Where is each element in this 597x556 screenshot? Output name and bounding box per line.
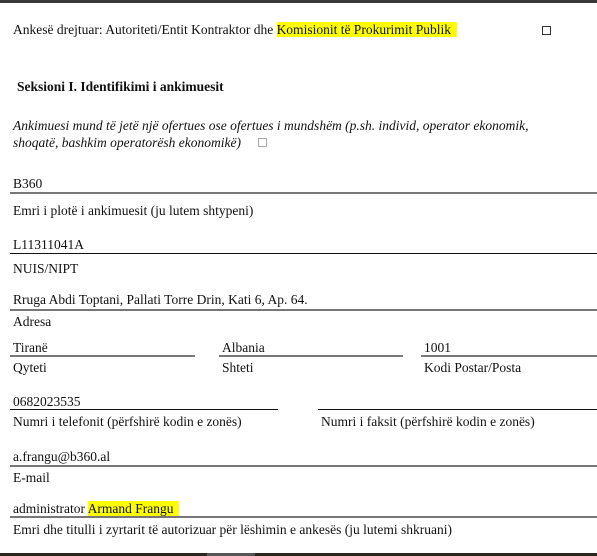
fax-label: Numri i faksit (përfshirë kodin e zonës) (321, 414, 535, 430)
postal-code-label: Kodi Postar/Posta (424, 360, 521, 376)
addressed-to-highlight: Komisionit të Prokurimit Publik (277, 22, 457, 37)
section-description-line2: shoqatë, bashkim operatorësh ekonomikë) (13, 135, 241, 151)
section-description-text: shoqatë, bashkim operatorësh ekonomikë) (13, 135, 241, 150)
country-value[interactable]: Albania (222, 340, 265, 356)
email-value[interactable]: a.frangu@b360.al (13, 449, 110, 465)
country-underline (219, 355, 403, 357)
phone-underline (10, 409, 278, 410)
official-title: administrator (13, 501, 88, 516)
phone-label: Numri i telefonit (përfshirë kodin e zon… (13, 414, 242, 430)
full-name-underline (10, 192, 597, 194)
postal-code-value[interactable]: 1001 (424, 340, 451, 356)
nuis-label: NUIS/NIPT (13, 261, 78, 277)
official-underline (10, 516, 597, 518)
email-label: E-mail (13, 470, 50, 486)
official-label: Emri dhe titulli i zyrtarit të autorizua… (13, 522, 452, 538)
empty-square-icon (258, 138, 267, 147)
address-label: Adresa (13, 314, 51, 330)
postal-code-underline (421, 355, 597, 357)
city-underline (10, 355, 195, 357)
full-name-value[interactable]: B360 (13, 176, 42, 192)
official-value[interactable]: administrator Armand Frangu (13, 501, 179, 517)
phone-value[interactable]: 0682023535 (13, 394, 81, 410)
viewer-top-bar (0, 0, 597, 3)
nuis-underline (10, 253, 597, 254)
city-value[interactable]: Tiranë (13, 340, 48, 356)
full-name-label: Emri i plotë i ankimuesit (ju lutem shty… (13, 203, 253, 219)
official-name-highlight: Armand Frangu (88, 501, 180, 516)
country-label: Shteti (222, 360, 254, 376)
fax-underline (318, 409, 597, 410)
email-underline (10, 465, 597, 467)
address-value[interactable]: Rruga Abdi Toptani, Pallati Torre Drin, … (13, 292, 308, 308)
nuis-value[interactable]: L11311041A (13, 237, 84, 253)
section-title: Seksioni I. Identifikimi i ankimuesit (17, 79, 224, 95)
city-label: Qyteti (13, 360, 47, 376)
addressed-to-line: Ankesë drejtuar: Autoriteti/Entit Kontra… (13, 22, 457, 38)
addressed-to-prefix: Ankesë drejtuar: Autoriteti/Entit Kontra… (13, 22, 277, 37)
address-underline (10, 309, 597, 311)
section-description-line1: Ankimuesi mund të jetë një ofertues ose … (13, 118, 529, 134)
checkbox-square-icon[interactable] (542, 26, 551, 35)
